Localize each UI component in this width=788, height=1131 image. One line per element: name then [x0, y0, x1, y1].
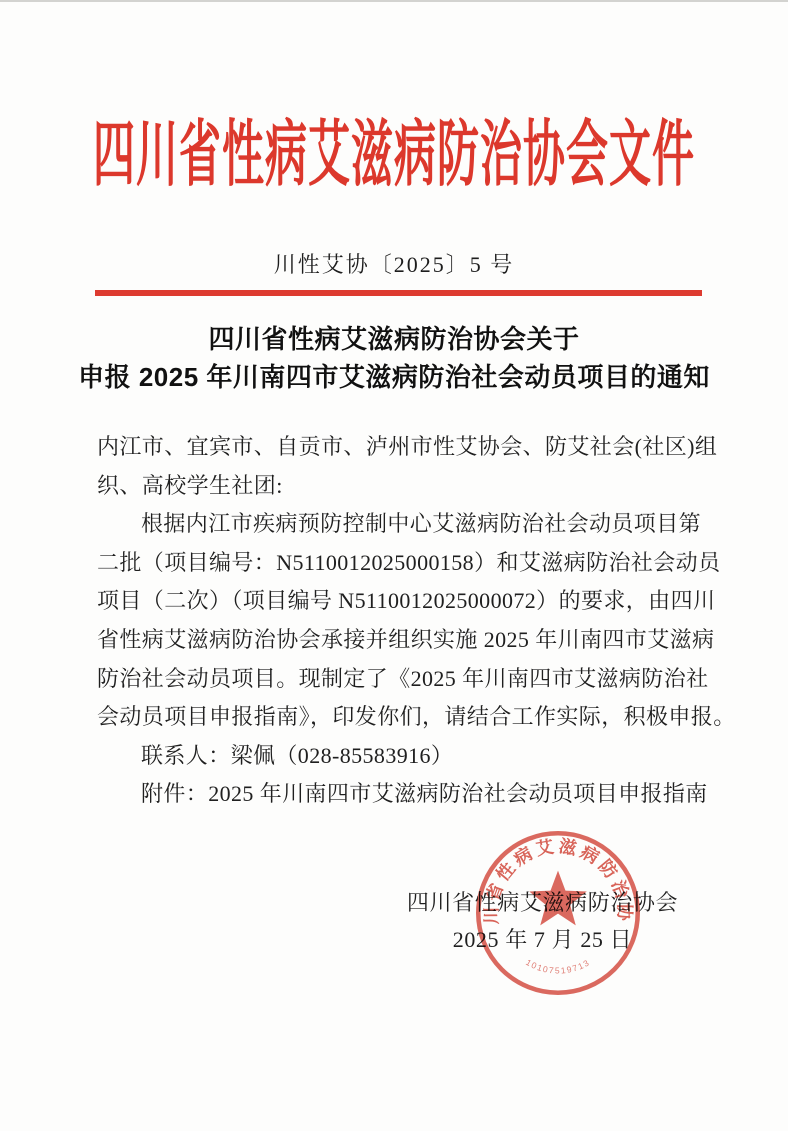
signature-block: 四川省性病艾滋病防治协会 2025 年 7 月 25 日 [380, 884, 705, 958]
signature-date: 2025 年 7 月 25 日 [380, 921, 705, 958]
letterhead-title: 四川省性病艾滋病防治协会文件 [0, 104, 788, 196]
body-line: 会动员项目申报指南》，印发你们，请结合工作实际，积极申报。 [97, 698, 705, 737]
notice-title-line1: 四川省性病艾滋病防治协会关于 [0, 320, 788, 358]
notice-body: 内江市、宜宾市、自贡市、泸州市性艾协会、防艾社会(社区)组 织、高校学生社团: … [97, 428, 705, 814]
body-line: 省性病艾滋病防治协会承接并组织实施 2025 年川南四市艾滋病 [97, 621, 705, 660]
body-line-contact: 联系人：梁佩（028-85583916） [97, 737, 705, 776]
body-line: 织、高校学生社团: [97, 467, 705, 506]
signature-organization: 四川省性病艾滋病防治协会 [380, 884, 705, 921]
red-divider-line [95, 290, 702, 296]
body-line: 项目（二次）（项目编号 N5110012025000072）的要求，由四川 [97, 582, 705, 621]
body-line: 内江市、宜宾市、自贡市、泸州市性艾协会、防艾社会(社区)组 [97, 428, 705, 467]
body-line-attachment: 附件：2025 年川南四市艾滋病防治社会动员项目申报指南 [97, 775, 705, 814]
body-line: 根据内江市疾病预防控制中心艾滋病防治社会动员项目第 [97, 505, 705, 544]
notice-title: 四川省性病艾滋病防治协会关于 申报 2025 年川南四市艾滋病防治社会动员项目的… [0, 320, 788, 396]
body-line: 二批（项目编号：N5110012025000158）和艾滋病防治社会动员 [97, 544, 705, 583]
document-page: 四川省性病艾滋病防治协会文件 川性艾协〔2025〕5 号 四川省性病艾滋病防治协… [0, 0, 788, 1131]
notice-title-line2: 申报 2025 年川南四市艾滋病防治社会动员项目的通知 [0, 358, 788, 396]
document-number: 川性艾协〔2025〕5 号 [0, 248, 788, 279]
letterhead-title-text: 四川省性病艾滋病防治协会文件 [93, 98, 695, 201]
body-line: 防治社会动员项目。现制定了《2025 年川南四市艾滋病防治社 [97, 660, 705, 699]
